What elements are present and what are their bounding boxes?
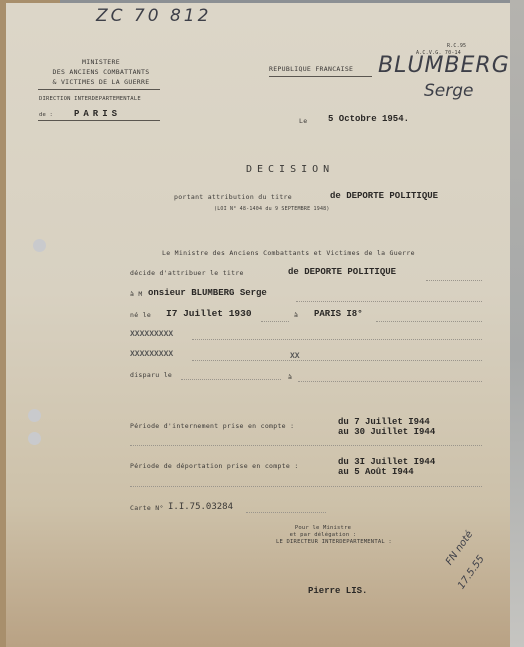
birth-date: I7 Juillet 1930 <box>166 308 252 319</box>
deportation-from: du 3I Juillet I944 <box>338 457 435 467</box>
fill-line <box>130 445 482 446</box>
subtitle-title: de DEPORTE POLITIQUE <box>330 191 438 201</box>
fill-line <box>298 381 482 382</box>
disappeared-label: disparu le <box>130 371 172 379</box>
handwritten-annotation-line1: FN noté <box>444 529 475 567</box>
republic-label: REPUBLIQUE FRANCAISE <box>269 65 353 73</box>
subtitle-prefix: portant attribution du titre <box>174 193 292 201</box>
birth-date-label: né le <box>130 311 151 319</box>
struck-line2: XXXXXXXXX <box>130 350 173 359</box>
signature-line2: et par délégation : <box>268 532 378 538</box>
struck-line1: XXXXXXXXX <box>130 330 173 339</box>
fill-line <box>130 486 482 487</box>
punch-hole <box>28 409 41 422</box>
de-label: de : <box>39 112 53 118</box>
document-page: ZC 70 812 MINISTERE DES ANCIENS COMBATTA… <box>6 3 510 647</box>
signatory-name: Pierre LIS. <box>308 586 367 596</box>
ministry-line2: DES ANCIENS COMBATTANTS <box>36 68 166 76</box>
fill-line <box>246 512 326 513</box>
backing-right-edge <box>510 0 524 647</box>
punch-hole <box>28 432 41 445</box>
internment-label: Période d'internement prise en compte : <box>130 422 294 430</box>
direction-label: DIRECTION INTERDEPARTEMENTALE <box>39 96 141 102</box>
fill-line <box>192 360 482 361</box>
birth-place: PARIS I8° <box>314 309 363 319</box>
internment-to: au 30 Juillet I944 <box>338 427 435 437</box>
city: PARIS <box>74 109 121 119</box>
card-label: Carte N° <box>130 504 164 512</box>
signature-line1: Pour le Ministre <box>268 525 378 531</box>
archive-reference: ZC 70 812 <box>96 6 211 26</box>
fill-line <box>296 301 482 302</box>
divider <box>269 76 372 77</box>
law-reference: (LOI N° 48-1404 du 9 SEPTEMBRE 1948) <box>214 206 330 212</box>
internment-from: du 7 Juillet I944 <box>338 417 430 427</box>
recipient-value: onsieur BLUMBERG Serge <box>148 288 267 298</box>
punch-hole <box>33 239 46 252</box>
fill-line <box>181 379 281 380</box>
ministry-line3: & VICTIMES DE LA GUERRE <box>36 78 166 86</box>
disappeared-at-label: à <box>288 373 292 381</box>
fill-line <box>426 280 482 281</box>
signature-line3: LE DIRECTEUR INTERDEPARTEMENTAL : <box>276 539 392 545</box>
fill-line <box>192 339 482 340</box>
decide-label: décide d'attribuer le titre <box>130 269 244 277</box>
divider <box>38 120 160 121</box>
decide-value: de DEPORTE POLITIQUE <box>288 267 396 277</box>
divider <box>38 89 160 90</box>
date-value: 5 Octobre 1954. <box>328 114 409 124</box>
intro-text: Le Ministre des Anciens Combattants et V… <box>162 249 415 257</box>
form-code1: R.C.95 <box>447 43 466 49</box>
fill-line <box>261 321 289 322</box>
document-title: DECISION <box>246 164 334 175</box>
handwritten-surname: BLUMBERG <box>378 53 510 78</box>
recipient-label: à M <box>130 290 143 298</box>
handwritten-annotation-line2: 17.5.55 <box>456 554 487 592</box>
handwritten-firstname: Serge <box>424 81 474 101</box>
fill-line <box>376 321 482 322</box>
ministry-line1: MINISTERE <box>36 58 166 66</box>
card-number: I.I.75.03284 <box>168 502 233 512</box>
deportation-label: Période de déportation prise en compte : <box>130 462 299 470</box>
deportation-to: au 5 Août I944 <box>338 467 414 477</box>
date-label: Le <box>299 117 307 125</box>
birth-place-label: à <box>294 311 298 319</box>
